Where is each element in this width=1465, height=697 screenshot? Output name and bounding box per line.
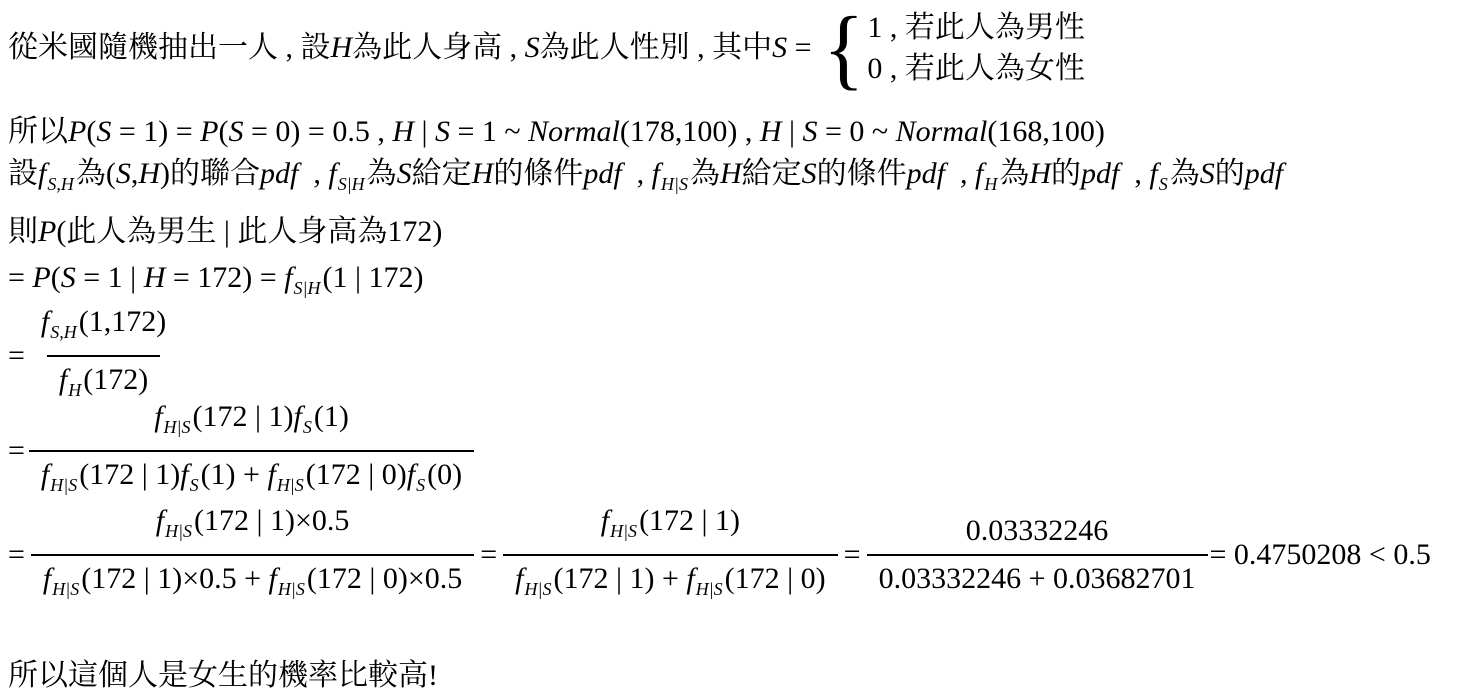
fraction-joint-over-marginal: fS,H(1,172) fH(172) [29,303,178,409]
fraction-numeric: 0.03332246 0.03332246 + 0.03682701 [867,512,1208,598]
text-segment: 0.03332246 [966,514,1109,547]
text-segment: Normal [528,115,620,148]
text-segment: 0 , [867,52,905,85]
fraction-with-priors: fH|S(172 | 1)×0.5 fH|S(172 | 1)×0.5 + fH… [31,502,474,608]
text-segment: H|S [525,579,552,599]
text-segment: (0) [427,458,462,491]
text-segment: | [216,215,237,248]
case-male: 1 , 若此人為男性 [867,7,1085,48]
text-segment: ! [428,659,438,692]
text-segment: S [228,115,243,148]
text-segment: H [68,380,81,400]
text-segment: (172 | 1) + [553,562,686,595]
text-segment: (168,100) [987,115,1104,148]
case-female: 0 , 若此人為女性 [867,48,1085,89]
text-segment: S [525,31,540,64]
text-segment: H|S [52,579,79,599]
text-segment: ( [106,157,116,190]
text-segment: f [686,562,694,595]
text-segment: f [652,157,660,190]
text-segment: + [236,458,268,491]
text-segment: S [96,115,111,148]
denominator: fH|S(172 | 1)×0.5 + fH|S(172 | 0)×0.5 [31,554,474,608]
fraction-simplified: fH|S(172 | 1) fH|S(172 | 1) + fH|S(172 |… [503,502,838,608]
text-segment: = 0) = 0.5 , [243,115,392,148]
setup-text: 從米國隨機抽出一人 , 設H為此人身高 , S為此人性別 , 其中S = [8,28,819,68]
text-segment: H|S [164,417,191,437]
text-segment: f [975,157,983,190]
text-segment: ) [160,157,170,190]
numerator: fS,H(1,172) [29,303,178,355]
text-segment: S,H [50,322,77,342]
text-segment: f [43,562,51,595]
text-segment: , [945,157,975,190]
text-segment: = 0 ~ [818,115,896,148]
text-segment: 為 [999,157,1029,190]
posterior-question-line: 則P(此人為男生 | 此人身高為172) [8,212,442,252]
text-segment: f [293,400,301,433]
text-segment: 此人身高為 [237,215,387,248]
text-segment: Normal [896,115,988,148]
equals-sign: = [8,535,25,575]
text-segment: H|S [165,521,192,541]
text-segment: (1) [314,400,349,433]
text-segment: 0.03332246 + 0.03682701 [879,562,1196,595]
text-segment: 172) [387,215,442,248]
text-segment: H [760,115,782,148]
text-segment: S [61,261,76,294]
text-segment: ( [218,115,228,148]
distributions-line: 所以P(S = 1) = P(S = 0) = 0.5 , H | S = 1 … [8,112,1105,152]
text-segment: , [1119,157,1149,190]
text-segment: 的 [1215,157,1245,190]
conclusion-line: 所以這個人是女生的機率比較高! [8,656,438,696]
piecewise-cases: 1 , 若此人為男性 0 , 若此人為女性 [867,7,1085,89]
text-segment: = 1 ~ [450,115,528,148]
text-segment: pdf [1245,157,1283,190]
text-segment: f [154,400,162,433]
text-segment: | [414,115,435,148]
fraction-bayes-expansion: fH|S(172 | 1)fS(1) fH|S(172 | 1)fS(1) + … [29,398,474,504]
text-segment: (172) [83,363,148,396]
numerator: fH|S(172 | 1)fS(1) [142,398,361,450]
text-segment: P [200,115,218,148]
text-segment: pdf [583,157,621,190]
text-segment: ( [86,115,96,148]
text-segment: S [116,157,131,190]
text-segment: 為此人身高 [352,31,502,64]
text-segment: 的 [1051,157,1081,190]
text-segment: f [284,261,292,294]
text-segment: 從米國隨機抽出一人 [8,31,278,64]
text-segment: (1,172) [79,305,166,338]
equals-sign: = [844,535,861,575]
text-segment: S,H [47,174,74,194]
text-segment: 其中 [712,31,772,64]
numerator: fH|S(172 | 1) [589,502,752,554]
text-segment: f [407,458,415,491]
text-segment: 若此人為女性 [905,52,1085,85]
text-segment: = 1) = [111,115,200,148]
text-segment: H|S [277,475,304,495]
text-segment: H [472,157,494,190]
text-segment: , [622,157,652,190]
text-segment: f [1149,157,1157,190]
text-segment: 為 [367,157,397,190]
text-segment: , [690,31,713,64]
text-segment: pdf [907,157,945,190]
text-segment: = [787,31,819,64]
text-segment: 若此人為男性 [905,11,1085,44]
posterior-expansion-line: = P(S = 1 | H = 172) = fS|H(1 | 172) [8,258,423,308]
text-segment: 1 , [867,11,905,44]
text-segment: H|S [610,521,637,541]
text-segment: S [303,417,312,437]
problem-setup-line: 從米國隨機抽出一人 , 設H為此人身高 , S為此人性別 , 其中S = { 1… [8,6,1085,90]
text-segment: = 1 | [76,261,144,294]
text-segment: 所以這個人是女生的機率比較高 [8,659,428,692]
text-segment: S [1200,157,1215,190]
text-segment: (172 | 1) [192,400,293,433]
text-segment: P [68,115,86,148]
numerator: fH|S(172 | 1)×0.5 [144,502,362,554]
text-segment: 的條件 [493,157,583,190]
text-segment: 為 [1170,157,1200,190]
piecewise-left-brace: { [823,4,864,92]
text-segment: H|S [661,174,688,194]
text-segment: (172 | 1)×0.5 + [81,562,268,595]
text-segment: f [156,504,164,537]
text-segment: (172 | 0)×0.5 [307,562,462,595]
text-segment: (178,100) , [620,115,760,148]
text-segment: 的聯合 [170,157,260,190]
equals-sign: = [8,336,25,376]
denominator: 0.03332246 + 0.03682701 [867,554,1208,598]
text-segment: , [502,31,525,64]
text-segment: 為 [76,157,106,190]
pdf-definitions-line: 設fS,H為(S,H)的聯合pdf , fS|H為S給定H的條件pdf , fH… [8,154,1283,204]
text-segment: H|S [278,579,305,599]
text-segment: ( [51,261,61,294]
text-segment: pdf [260,157,298,190]
text-segment: H [720,157,742,190]
text-segment: H [392,115,414,148]
bayes-expanded-line: = fH|S(172 | 1)fS(1) fH|S(172 | 1)fS(1) … [8,398,474,504]
text-segment: 為此人性別 [540,31,690,64]
bayes-ratio-line: = fS,H(1,172) fH(172) [8,303,178,409]
text-segment: (172 | 1) [79,458,180,491]
text-segment: f [59,363,67,396]
text-segment: H [144,261,166,294]
text-segment: f [328,157,336,190]
text-segment: P [38,215,56,248]
denominator: fH|S(172 | 1)fS(1) + fH|S(172 | 0)fS(0) [29,450,474,504]
text-segment: ( [56,215,66,248]
text-segment: H|S [50,475,77,495]
text-segment: S [397,157,412,190]
text-segment: (1 | 172) [322,261,423,294]
text-segment: 此人為男生 [66,215,216,248]
text-segment: 給定 [412,157,472,190]
text-segment: , [298,157,328,190]
text-segment: , [278,31,301,64]
text-segment: 則 [8,215,38,248]
text-segment: (172 | 1)×0.5 [194,504,349,537]
numeric-evaluation-line: = fH|S(172 | 1)×0.5 fH|S(172 | 1)×0.5 + … [8,502,1431,608]
text-segment: S [802,157,817,190]
text-segment: = 172) = [165,261,284,294]
text-segment: 為 [690,157,720,190]
text-segment: (172 | 1) [639,504,740,537]
text-segment: S|H [294,278,321,298]
text-segment: (1) [201,458,236,491]
numerator: 0.03332246 [954,512,1121,554]
text-segment: S [803,115,818,148]
text-segment: f [267,458,275,491]
text-segment: H [1029,157,1051,190]
document-page: 從米國隨機抽出一人 , 設H為此人身高 , S為此人性別 , 其中S = { 1… [0,0,1465,697]
text-segment: H [984,174,997,194]
text-segment: 設 [8,157,38,190]
text-segment: | [782,115,803,148]
text-segment: f [601,504,609,537]
equals-sign: = [480,535,497,575]
text-segment: H|S [696,579,723,599]
text-segment: 設 [301,31,331,64]
text-segment: f [180,458,188,491]
text-segment: S [416,475,425,495]
text-segment: P [32,261,50,294]
text-segment: 的條件 [817,157,907,190]
text-segment: S [772,31,787,64]
text-segment: (172 | 0) [306,458,407,491]
text-segment: f [41,458,49,491]
text-segment: = 0.4750208 < 0.5 [1210,538,1431,571]
text-segment: S [190,475,199,495]
text-segment: S|H [338,174,365,194]
text-segment: 給定 [742,157,802,190]
text-segment: pdf [1081,157,1119,190]
text-segment: f [269,562,277,595]
text-segment: (172 | 0) [725,562,826,595]
text-segment: 所以 [8,115,68,148]
text-segment: H [331,31,353,64]
text-segment: f [41,305,49,338]
text-segment: S [435,115,450,148]
final-result: = 0.4750208 < 0.5 [1210,535,1431,575]
text-segment: H [138,157,160,190]
text-segment: f [515,562,523,595]
denominator: fH|S(172 | 1) + fH|S(172 | 0) [503,554,838,608]
text-segment: f [38,157,46,190]
equals-sign: = [8,431,25,471]
text-segment: S [1159,174,1168,194]
text-segment: = [8,261,32,294]
